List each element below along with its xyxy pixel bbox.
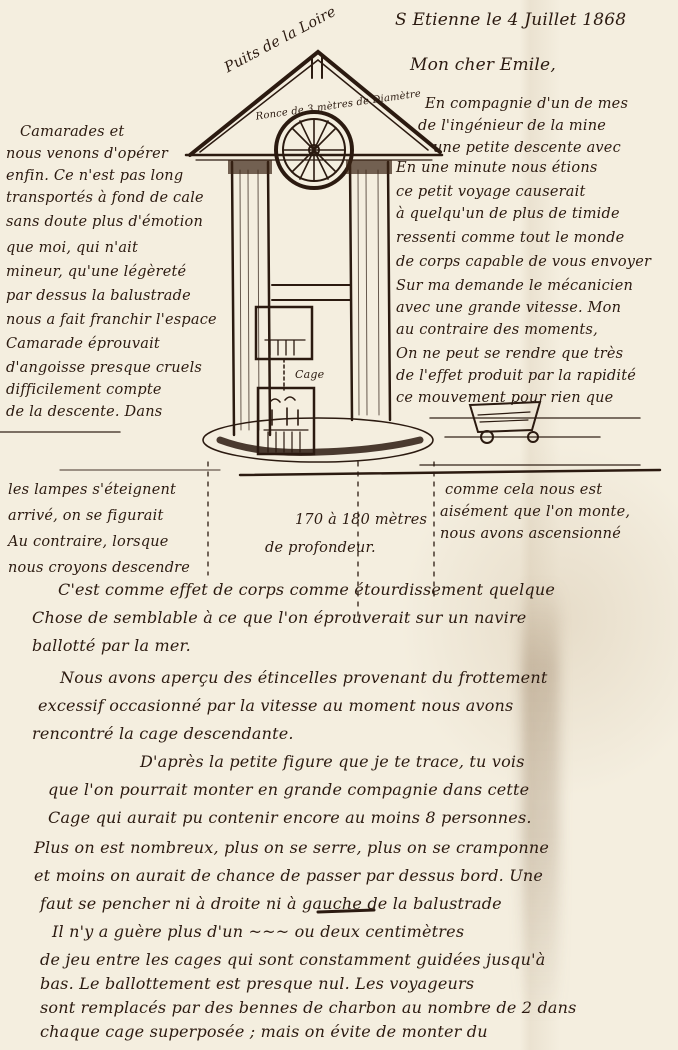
text-line: ressenti comme tout le monde: [396, 230, 624, 246]
text-line: Au contraire, lorsque: [8, 534, 169, 550]
text-line: ballotté par la mer.: [32, 636, 191, 655]
text-line: chaque cage superposée ; mais on évite d…: [40, 1022, 488, 1041]
text-line: rencontré la cage descendante.: [32, 724, 294, 743]
text-line: transportés à fond de cale: [6, 190, 204, 206]
text-line: Cage qui aurait pu contenir encore au mo…: [48, 808, 532, 827]
salutation: Mon cher Emile,: [410, 55, 556, 75]
text-line: à quelqu'un de plus de timide: [396, 206, 620, 222]
text-line: de corps capable de vous envoyer: [396, 254, 651, 270]
text-line: Chose de semblable à ce que l'on éprouve…: [32, 608, 526, 627]
text-line: excessif occasionné par la vitesse au mo…: [38, 696, 513, 715]
place-date: S Etienne le 4 Juillet 1868: [395, 10, 626, 30]
text-line: Camarade éprouvait: [6, 336, 160, 352]
text-line: difficilement compte: [6, 382, 162, 398]
text-line: par dessus la balustrade: [6, 288, 191, 304]
text-line: arrivé, on se figurait: [8, 508, 164, 524]
depth-label-1: 170 à 180 mètres: [295, 512, 427, 528]
text-line: bas. Le ballottement est presque nul. Le…: [40, 974, 474, 993]
text-line: une petite descente avec: [433, 140, 621, 156]
text-line: comme cela nous est: [445, 482, 602, 498]
text-line: nous croyons descendre: [8, 560, 190, 576]
text-line: En compagnie d'un de mes: [425, 96, 628, 112]
text-line: Plus on est nombreux, plus on se serre, …: [34, 838, 549, 857]
text-line: sans doute plus d'émotion: [6, 214, 203, 230]
text-line: nous a fait franchir l'espace: [6, 312, 217, 328]
text-line: que l'on pourrait monter en grande compa…: [48, 780, 529, 799]
text-line: de l'ingénieur de la mine: [418, 118, 606, 134]
text-line: nous venons d'opérer: [6, 146, 168, 162]
text-line: au contraire des moments,: [396, 322, 598, 338]
text-line: mineur, qu'une légèreté: [6, 264, 186, 280]
text-line: On ne peut se rendre que très: [396, 346, 623, 362]
text-line: Camarades et: [20, 124, 124, 140]
text-line: de l'effet produit par la rapidité: [396, 368, 636, 384]
text-line: avec une grande vitesse. Mon: [396, 300, 621, 316]
text-line: aisément que l'on monte,: [440, 504, 630, 520]
text-line: ce petit voyage causerait: [396, 184, 585, 200]
text-line: nous avons ascensionné: [440, 526, 621, 542]
text-line: Il n'y a guère plus d'un ~~~ ou deux cen…: [52, 922, 464, 941]
text-line: Nous avons aperçu des étincelles provena…: [60, 668, 548, 687]
text-line: C'est comme effet de corps comme étourdi…: [58, 580, 555, 599]
text-line: les lampes s'éteignent: [8, 482, 176, 498]
text-line: sont remplacés par des bennes de charbon…: [40, 998, 577, 1017]
text-line: de la descente. Dans: [6, 404, 162, 420]
letter-page: S Etienne le 4 Juillet 1868 Mon cher Emi…: [0, 0, 678, 1050]
text-line: D'après la petite figure que je te trace…: [140, 752, 525, 771]
text-line: enfin. Ce n'est pas long: [6, 168, 183, 184]
text-line: que moi, qui n'ait: [6, 240, 138, 256]
text-line: En une minute nous étions: [396, 160, 598, 176]
text-line: d'angoisse presque cruels: [6, 360, 202, 376]
cage-label: Cage: [295, 368, 324, 381]
text-line: faut se pencher ni à droite ni à gauche …: [40, 894, 502, 913]
text-line: de jeu entre les cages qui sont constamm…: [40, 950, 545, 969]
text-line: et moins on aurait de chance de passer p…: [34, 866, 543, 885]
text-line: Sur ma demande le mécanicien: [396, 278, 633, 294]
depth-label-2: de profondeur.: [265, 540, 376, 556]
text-line: ce mouvement pour rien que: [396, 390, 613, 406]
